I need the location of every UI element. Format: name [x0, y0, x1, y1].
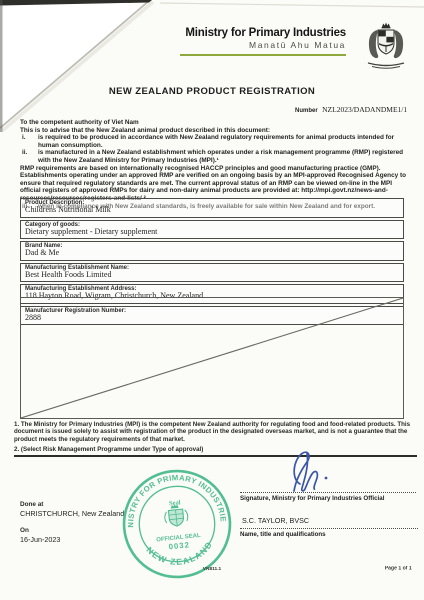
list-item-number: i.	[20, 134, 38, 149]
done-at-block: Done at CHRISTCHURCH, New Zealand	[20, 501, 124, 518]
official-name: S.C. TAYLOR, BVSC	[242, 516, 309, 525]
brand-green-rule	[180, 54, 346, 56]
row-value: Dietary supplement - Dietary supplement	[25, 228, 399, 237]
signature-scribble	[278, 448, 340, 494]
document-code: VN811.1	[42, 567, 381, 572]
date-value: 16-Jun-2023	[20, 535, 60, 544]
row-value: Childrens Nutritional Milk	[25, 206, 399, 215]
footnote-2: 2. (Select Risk Management Programme und…	[14, 446, 414, 453]
certificate-page: Ministry for Primary Industries Manatū A…	[0, 0, 424, 600]
rmp-paragraph: RMP requirements are based on internatio…	[20, 165, 412, 203]
document-title: NEW ZEALAND PRODUCT REGISTRATION	[0, 86, 424, 97]
advise-line: This is to advise that the New Zealand a…	[20, 127, 412, 135]
footnote-1: 1. The Ministry for Primary Industries (…	[14, 421, 414, 443]
registration-number: Number NZL2023/DADANDME1/1	[295, 99, 407, 117]
row-value: Dad & Me	[25, 249, 399, 258]
ministry-name: Ministry for Primary Industries	[180, 27, 346, 39]
signature-caption: Signature, Ministry for Primary Industri…	[240, 495, 384, 502]
page-indicator: Page 1 of 1	[385, 566, 412, 571]
ministry-maori-name: Manatū Ahu Matua	[180, 40, 346, 50]
section-divider	[14, 455, 417, 457]
voided-section-box	[20, 297, 404, 419]
stamp-number: 0032	[168, 540, 190, 551]
coat-of-arms-icon	[356, 21, 416, 71]
stamp-emblem-icon	[164, 504, 189, 528]
signature-line	[240, 492, 416, 493]
intro-block: To the competent authority of Viet Nam T…	[20, 119, 412, 210]
date-block: On 16-Jun-2023	[20, 527, 60, 544]
header: Ministry for Primary Industries Manatū A…	[180, 27, 346, 56]
name-line	[240, 528, 418, 529]
list-item-text: is required to be produced in accordance…	[38, 134, 412, 149]
list-item-number: ii.	[20, 149, 38, 164]
done-at-label: Done at	[20, 501, 124, 508]
row-value: Best Health Foods Limited	[25, 271, 399, 280]
date-label: On	[20, 527, 60, 534]
list-item-text: is manufactured in a New Zealand establi…	[38, 149, 412, 164]
table-row: Manufacturing Establishment Name: Best H…	[20, 263, 404, 283]
diagonal-strike-line	[21, 298, 403, 418]
footnotes: 1. The Ministry for Primary Industries (…	[14, 421, 414, 454]
number-label: Number	[295, 108, 318, 114]
table-row: Brand Name: Dad & Me	[20, 241, 404, 261]
list-item: i. is required to be produced in accorda…	[20, 134, 412, 149]
addressee-line: To the competent authority of Viet Nam	[20, 119, 412, 127]
number-value: NZL2023/DADANDME1/1	[322, 105, 407, 114]
table-row: Category of goods: Dietary supplement - …	[20, 220, 404, 240]
done-at-value: CHRISTCHURCH, New Zealand	[20, 509, 124, 518]
list-item: ii. is manufactured in a New Zealand est…	[20, 149, 412, 164]
table-row: Product Description: Childrens Nutrition…	[20, 198, 404, 218]
name-caption: Name, title and qualifications	[240, 531, 326, 538]
